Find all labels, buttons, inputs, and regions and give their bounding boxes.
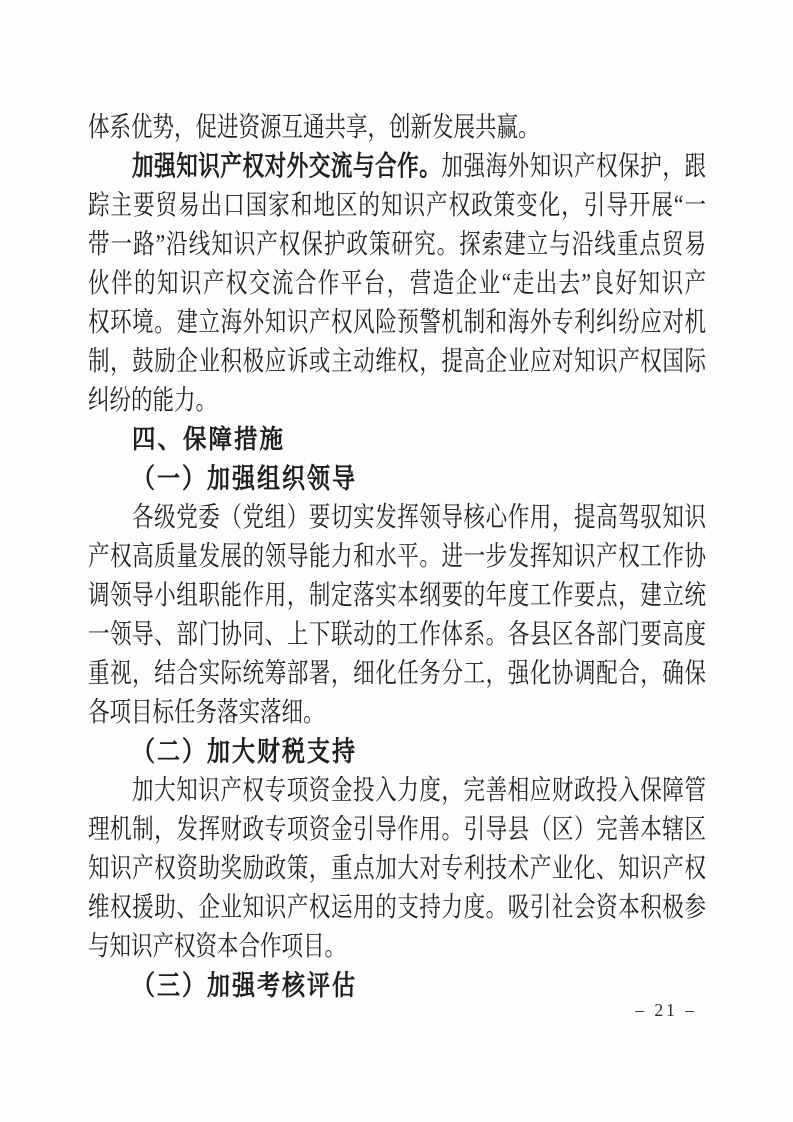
document-body: 体系优势，促进资源互通共享，创新发展共赢。加强知识产权对外交流与合作。加强海外知… <box>88 108 706 1005</box>
body-line: 与知识产权资本合作项目。 <box>88 927 706 966</box>
body-line: 各项目标任务落实落细。 <box>88 693 706 732</box>
page-number: – 21 – <box>635 1000 697 1021</box>
line-text: （三）加强考核评估 <box>88 962 706 1008</box>
section-heading: 四、保障措施 <box>88 420 706 459</box>
sub-heading: （三）加强考核评估 <box>88 966 706 1005</box>
body-line: 纠纷的能力。 <box>88 381 706 420</box>
bold-lead-run: 加强知识产权对外交流与合作。 <box>132 151 441 182</box>
document-page: 体系优势，促进资源互通共享，创新发展共赢。加强知识产权对外交流与合作。加强海外知… <box>0 0 793 1122</box>
